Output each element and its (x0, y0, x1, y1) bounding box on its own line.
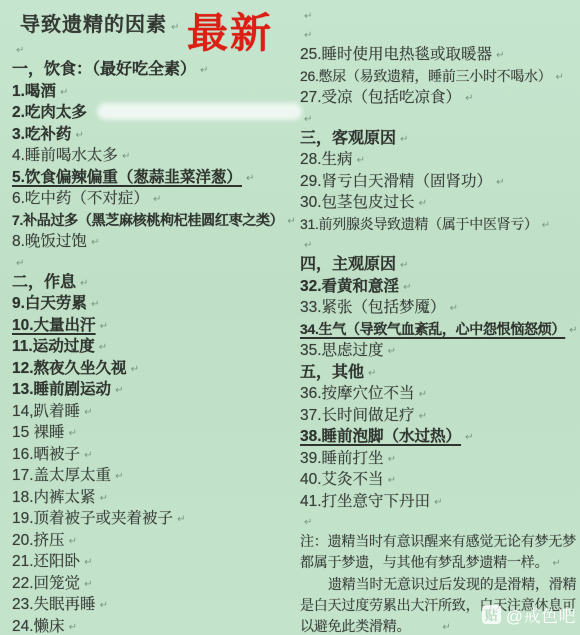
paragraph-mark: ↵ (304, 236, 312, 255)
paragraph-mark: ↵ (496, 172, 504, 194)
row-text: 五，其他 (300, 364, 364, 381)
row-text: 35.思虑过度 (300, 342, 384, 359)
list-item: 15 裸睡↵ (12, 422, 300, 444)
right-column: ↵↵25.睡时使用电热毯或取暖器↵26.憋尿（易致遗精，睡前三小时不喝水）↵27… (300, 6, 578, 635)
list-item: 11.运动过度↵ (12, 336, 300, 358)
row-text: 5.饮食偏辣偏重（葱蒜韭菜洋葱） (12, 169, 242, 186)
row-text: 37.长时间做足疗 (300, 407, 415, 424)
paragraph-mark: ↵ (304, 513, 312, 532)
paragraph-mark: ↵ (122, 146, 130, 168)
paragraph-mark: ↵ (403, 277, 411, 299)
list-item: 7.补品过多（黑芝麻核桃枸杞桂圆红枣之类）↵ (12, 210, 300, 232)
paragraph-mark: ↵ (246, 168, 254, 190)
paragraph-mark: ↵ (171, 22, 179, 33)
list-item: 24.懒床↵ (12, 616, 300, 635)
paragraph-mark: ↵ (368, 363, 376, 385)
list-item: 5.饮食偏辣偏重（葱蒜韭菜洋葱）↵ (12, 167, 300, 189)
row-text: 13.睡前剧运动 (12, 381, 111, 398)
paragraph-mark: ↵ (569, 320, 577, 342)
paragraph-mark: ↵ (414, 617, 450, 635)
row-text: 32.看黄和意淫 (300, 278, 399, 295)
paragraph-mark: ↵ (153, 189, 161, 211)
paragraph-mark: ↵ (388, 449, 396, 471)
blank-line: ↵ (12, 40, 300, 59)
row-text: 25.睡时使用电热毯或取暖器 (300, 46, 492, 63)
row-text: 40.艾灸不当 (300, 471, 384, 488)
paragraph-mark: ↵ (84, 402, 92, 424)
paragraph-mark: ↵ (304, 26, 312, 45)
paragraph-mark: ↵ (16, 254, 24, 273)
row-text: 7.补品过多（黑芝麻核桃枸杞桂圆红枣之类） (12, 212, 283, 228)
watermark-text: @戒色吧 (506, 602, 576, 627)
document-title-row: 导致遗精的因素↵ (20, 8, 179, 37)
list-item: 16.晒被子↵ (12, 444, 300, 466)
page-title: 导致遗精的因素 (20, 14, 167, 36)
list-item: 14,趴着睡↵ (12, 401, 300, 423)
row-text: 4.睡前喝水太多 (12, 147, 118, 164)
row-text: 34.生气（导致气血紊乱，心中怨恨恼怒烦） (300, 321, 565, 337)
paragraph-mark: ↵ (84, 574, 92, 596)
list-item: 32.看黄和意淫↵ (300, 276, 578, 298)
row-text: 39.睡前打坐 (300, 450, 384, 467)
list-item: 38.睡前泡脚（水过热）↵ (300, 426, 578, 448)
list-item: 39.睡前打坐↵ (300, 448, 578, 470)
paragraph-mark: ↵ (496, 45, 504, 67)
paragraph-mark: ↵ (400, 255, 408, 277)
row-text: 28.生病 (300, 151, 353, 168)
list-item: 34.生气（导致气血紊乱，心中怨恨恼怒烦）↵ (300, 319, 578, 341)
paragraph-mark: ↵ (84, 445, 92, 467)
blank-line: ↵ (300, 25, 578, 44)
left-column: ↵一，饮食：（最好吃全素）↵1.喝酒↵2.吃肉太多3.吃补药↵4.睡前喝水太多↵… (12, 40, 300, 635)
paragraph-mark: ↵ (115, 380, 123, 402)
row-text: 31.前列腺炎导致遗精（属于中医肾亏） (300, 216, 538, 232)
list-item: 22.回笼觉↵ (12, 573, 300, 595)
list-item: 4.睡前喝水太多↵ (12, 145, 300, 167)
list-item: 13.睡前剧运动↵ (12, 379, 300, 401)
row-text: 10.大量出汗 (12, 317, 96, 334)
row-text: 33.紧张（包括梦魇） (300, 299, 446, 316)
paragraph-mark: ↵ (69, 531, 77, 553)
list-item: 21.还阳卧↵ (12, 551, 300, 573)
list-item: 1.喝酒↵ (12, 81, 300, 103)
row-text: 22.回笼觉 (12, 575, 80, 592)
paragraph-mark: ↵ (304, 7, 312, 26)
paragraph-mark: ↵ (465, 88, 473, 110)
list-item: 18.内裤太紧↵ (12, 487, 300, 509)
paragraph-mark: ↵ (419, 406, 427, 428)
row-text: 30.包茎包皮过长 (300, 194, 415, 211)
blank-line: ↵ (300, 512, 578, 531)
row-text: 12.熬夜久坐久视 (12, 360, 127, 377)
note-paragraph: 注：遗精当时有意识醒来有感觉无论有梦无梦都属于梦遗，与其他有梦乱梦遗精一样。↵ (300, 531, 578, 574)
paragraph-mark: ↵ (400, 129, 408, 151)
paragraph-mark: ↵ (99, 337, 107, 359)
row-text: 16.晒被子 (12, 446, 80, 463)
tieba-logo-icon: 贴 (482, 605, 501, 624)
list-item: 33.紧张（包括梦魇）↵ (300, 297, 578, 319)
list-item: 36.按摩穴位不当↵ (300, 383, 578, 405)
paragraph-mark: ↵ (69, 617, 77, 635)
paragraph-mark: ↵ (80, 273, 88, 295)
list-item: 29.肾亏白天滑精（固肾功）↵ (300, 171, 578, 193)
censored-blur (97, 103, 302, 120)
paragraph-mark: ↵ (91, 232, 99, 254)
list-item: 31.前列腺炎导致遗精（属于中医肾亏）↵ (300, 214, 578, 236)
list-item: 27.受凉（包括吃凉食）↵ (300, 87, 578, 109)
row-text: 19.顶着被子或夹着被子 (12, 510, 173, 527)
row-text: 9.白天劳累 (12, 295, 87, 312)
row-text: 注：遗精当时有意识醒来有感觉无论有梦无梦都属于梦遗，与其他有梦乱梦遗精一样。 (300, 533, 576, 570)
list-item: 35.思虑过度↵ (300, 340, 578, 362)
document-photo: 导致遗精的因素↵ 最新 ↵一，饮食：（最好吃全素）↵1.喝酒↵2.吃肉太多3.吃… (0, 0, 580, 635)
paragraph-mark: ↵ (60, 82, 68, 104)
paragraph-mark: ↵ (177, 509, 185, 531)
paragraph-mark: ↵ (100, 595, 108, 617)
blank-line: ↵ (300, 109, 578, 128)
section-header: 五，其他↵ (300, 362, 578, 384)
paragraph-mark: ↵ (287, 211, 295, 233)
paragraph-mark: ↵ (552, 553, 560, 574)
paragraph-mark: ↵ (388, 470, 396, 492)
list-item: 8.晚饭过饱↵ (12, 231, 300, 253)
list-item: 6.吃中药（不对症）↵ (12, 188, 300, 210)
row-text: 36.按摩穴位不当 (300, 385, 415, 402)
row-text: 21.还阳卧 (12, 553, 80, 570)
row-text: 17.盖太厚太重 (12, 467, 111, 484)
paragraph-mark: ↵ (419, 193, 427, 215)
paragraph-mark: ↵ (100, 488, 108, 510)
row-text: 2.吃肉太多 (12, 104, 87, 121)
paragraph-mark: ↵ (91, 294, 99, 316)
row-text: 20.挤压 (12, 532, 65, 549)
list-item: 12.熬夜久坐久视↵ (12, 358, 300, 380)
blank-line: ↵ (300, 235, 578, 254)
paragraph-mark: ↵ (450, 298, 458, 320)
blank-line: ↵ (300, 6, 578, 25)
list-item: 41.打坐意守下丹田↵ (300, 491, 578, 513)
list-item: 23.失眠再睡↵ (12, 594, 300, 616)
section-header: 四，主观原因↵ (300, 254, 578, 276)
paragraph-mark: ↵ (100, 316, 108, 338)
row-text: 26.憋尿（易致遗精，睡前三小时不喝水） (300, 68, 551, 84)
paragraph-mark: ↵ (75, 125, 83, 147)
row-text: 一，饮食：（最好吃全素） (12, 61, 196, 78)
list-item: 17.盖太厚太重↵ (12, 465, 300, 487)
row-text: 23.失眠再睡 (12, 596, 96, 613)
paragraph-mark: ↵ (200, 60, 208, 82)
blank-line: ↵ (12, 253, 300, 272)
row-text: 18.内裤太紧 (12, 489, 96, 506)
row-text: 6.吃中药（不对症） (12, 190, 149, 207)
list-item: 37.长时间做足疗↵ (300, 405, 578, 427)
list-item: 26.憋尿（易致遗精，睡前三小时不喝水）↵ (300, 66, 578, 88)
paragraph-mark: ↵ (304, 110, 312, 129)
row-text: 二，作息 (12, 274, 76, 291)
paragraph-mark: ↵ (115, 466, 123, 488)
row-text: 11.运动过度 (12, 338, 95, 355)
section-header: 二，作息↵ (12, 272, 300, 294)
row-text: 三，客观原因 (300, 130, 396, 147)
list-item: 28.生病↵ (300, 149, 578, 171)
paragraph-mark: ↵ (555, 67, 563, 89)
row-text: 38.睡前泡脚（水过热） (300, 428, 461, 445)
paragraph-mark: ↵ (84, 552, 92, 574)
list-item: 19.顶着被子或夹着被子↵ (12, 508, 300, 530)
row-text: 15 裸睡 (12, 424, 65, 441)
paragraph-mark: ↵ (465, 427, 473, 449)
list-item: 20.挤压↵ (12, 530, 300, 552)
row-text: 3.吃补药 (12, 126, 71, 143)
paragraph-mark: ↵ (388, 341, 396, 363)
watermark: 贴 @戒色吧 (482, 602, 576, 627)
section-header: 三，客观原因↵ (300, 128, 578, 150)
row-text: 8.晚饭过饱 (12, 233, 87, 250)
row-text: 29.肾亏白天滑精（固肾功） (300, 173, 492, 190)
row-text: 四，主观原因 (300, 256, 396, 273)
list-item: 25.睡时使用电热毯或取暖器↵ (300, 44, 578, 66)
paragraph-mark: ↵ (357, 150, 365, 172)
row-text: 24.懒床 (12, 618, 65, 635)
section-header: 一，饮食：（最好吃全素）↵ (12, 59, 300, 81)
paragraph-mark: ↵ (69, 423, 77, 445)
list-item: 2.吃肉太多 (12, 102, 300, 124)
row-text: 41.打坐意守下丹田 (300, 493, 430, 510)
list-item: 3.吃补药↵ (12, 124, 300, 146)
paragraph-mark: ↵ (542, 215, 550, 237)
row-text: 14,趴着睡 (12, 403, 80, 420)
paragraph-mark: ↵ (16, 41, 24, 60)
list-item: 10.大量出汗↵ (12, 315, 300, 337)
paragraph-mark: ↵ (131, 359, 139, 381)
row-text: 27.受凉（包括吃凉食） (300, 89, 461, 106)
paragraph-mark: ↵ (434, 492, 442, 514)
list-item: 9.白天劳累↵ (12, 293, 300, 315)
list-item: 30.包茎包皮过长↵ (300, 192, 578, 214)
row-text: 1.喝酒 (12, 83, 56, 100)
list-item: 40.艾灸不当↵ (300, 469, 578, 491)
paragraph-mark: ↵ (419, 384, 427, 406)
